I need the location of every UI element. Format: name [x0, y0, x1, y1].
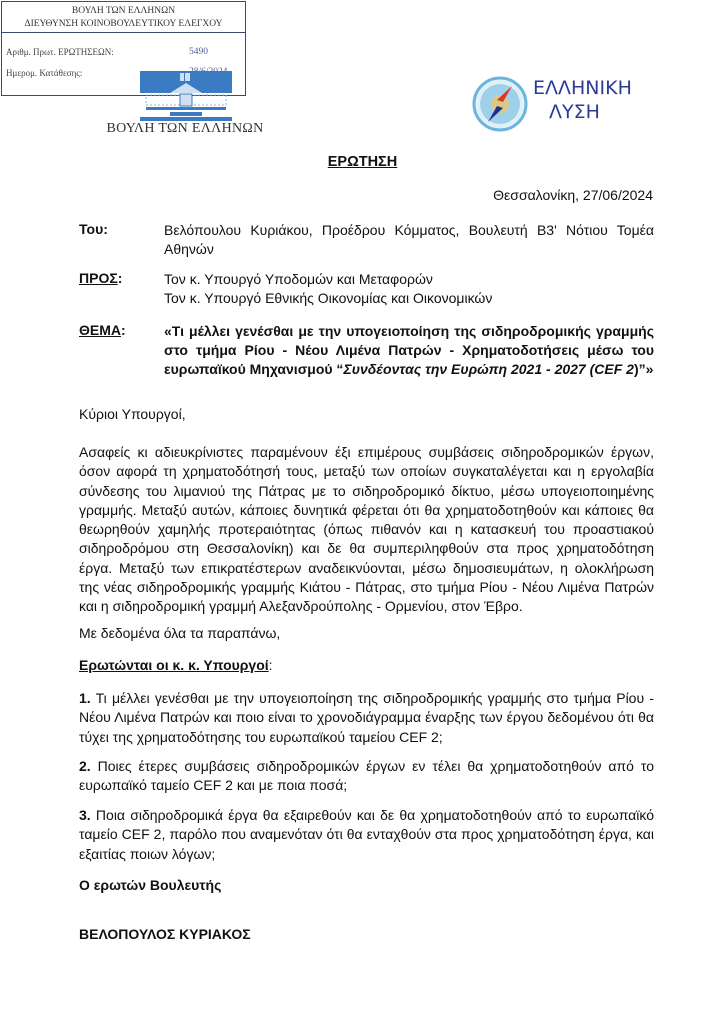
questions-heading-text: Ερωτώνται οι κ. κ. Υπουργοί — [79, 657, 269, 673]
question-3-number: 3. — [79, 807, 91, 823]
from-text: Βελόπουλου Κυριάκου, Προέδρου Κόμματος, … — [164, 221, 654, 259]
parliament-building-icon — [140, 71, 232, 121]
transition-line: Με δεδομένα όλα τα παραπάνω, — [79, 624, 654, 643]
parliament-logo-text: ΒΟΥΛΗ ΤΩΝ ΕΛΛΗΝΩΝ — [105, 121, 265, 137]
subject-text-italic: Συνδέοντας την Ευρώπη 2021 - 2027 (CEF 2 — [343, 361, 634, 377]
compass-logo-icon — [472, 76, 528, 132]
greeting: Κύριοι Υπουργοί, — [79, 405, 654, 424]
question-3: 3. Ποια σιδηροδρομικά έργα θα εξαιρεθούν… — [79, 806, 654, 864]
subject-label-colon: : — [121, 322, 126, 338]
subject-label: ΘΕΜΑ: — [79, 322, 126, 338]
protocol-label: Αριθμ. Πρωτ. ΕΡΩΤΗΣΕΩΝ: — [6, 47, 114, 57]
stamp-header: ΒΟΥΛΗ ΤΩΝ ΕΛΛΗΝΩΝ ΔΙΕΥΘΥΝΣΗ ΚΟΙΝΟΒΟΥΛΕΥΤ… — [2, 2, 245, 33]
question-3-text: Ποια σιδηροδρομικά έργα θα εξαιρεθούν κα… — [79, 807, 654, 862]
questions-heading-colon: : — [269, 657, 273, 673]
party-name-line-2: ΛΥΣΗ — [533, 100, 632, 124]
party-name-line-1: ΕΛΛΗΝΙΚΗ — [533, 77, 632, 99]
subject-label-text: ΘΕΜΑ — [79, 322, 121, 338]
question-1-text: Τι μέλλει γενέσθαι με την υπογειοποίηση … — [79, 690, 654, 745]
signature-name: ΒΕΛΟΠΟΥΛΟΣ ΚΥΡΙΑΚΟΣ — [79, 925, 654, 944]
question-2-number: 2. — [79, 758, 91, 774]
document-title: ΕΡΩΤΗΣΗ — [0, 154, 725, 170]
recipient-1: Τον κ. Υπουργό Υποδομών και Μεταφορών — [164, 270, 654, 289]
question-2-text: Ποιες έτερες συμβάσεις σιδηροδρομικών έρ… — [79, 758, 654, 793]
question-1: 1. Τι μέλλει γενέσθαι με την υπογειοποίη… — [79, 689, 654, 747]
question-1-number: 1. — [79, 690, 91, 706]
question-2: 2. Ποιες έτερες συμβάσεις σιδηροδρομικών… — [79, 757, 654, 796]
subject-text-end: )”» — [634, 361, 653, 377]
from-label: Του: — [79, 221, 108, 237]
to-label-text: ΠΡΟΣ — [79, 270, 118, 286]
stamp-line-1: ΒΟΥΛΗ ΤΩΝ ΕΛΛΗΝΩΝ — [2, 5, 245, 18]
submission-date-label: Ημερομ. Κατάθεσης: — [6, 68, 82, 78]
questions-heading: Ερωτώνται οι κ. κ. Υπουργοί: — [79, 656, 654, 675]
to-recipients: Τον κ. Υπουργό Υποδομών και Μεταφορών Το… — [164, 270, 654, 308]
to-label: ΠΡΟΣ: — [79, 270, 122, 286]
party-name: ΕΛΛΗΝΙΚΗ ΛΥΣΗ — [533, 76, 632, 124]
place-date: Θεσσαλονίκη, 27/06/2024 — [493, 187, 653, 203]
to-label-colon: : — [118, 270, 123, 286]
recipient-2: Τον κ. Υπουργό Εθνικής Οικονομίας και Οι… — [164, 289, 654, 308]
stamp-line-2: ΔΙΕΥΘΥΝΣΗ ΚΟΙΝΟΒΟΥΛΕΥΤΙΚΟΥ ΕΛΕΓΧΟΥ — [2, 18, 245, 31]
protocol-value: 5490 — [189, 47, 208, 57]
subject-text: «Τι μέλλει γενέσθαι με την υπογειοποίηση… — [164, 322, 654, 379]
signature-role: Ο ερωτών Βουλευτής — [79, 876, 654, 895]
body-paragraph: Ασαφείς κι αδιευκρίνιστες παραμένουν έξι… — [79, 443, 654, 617]
